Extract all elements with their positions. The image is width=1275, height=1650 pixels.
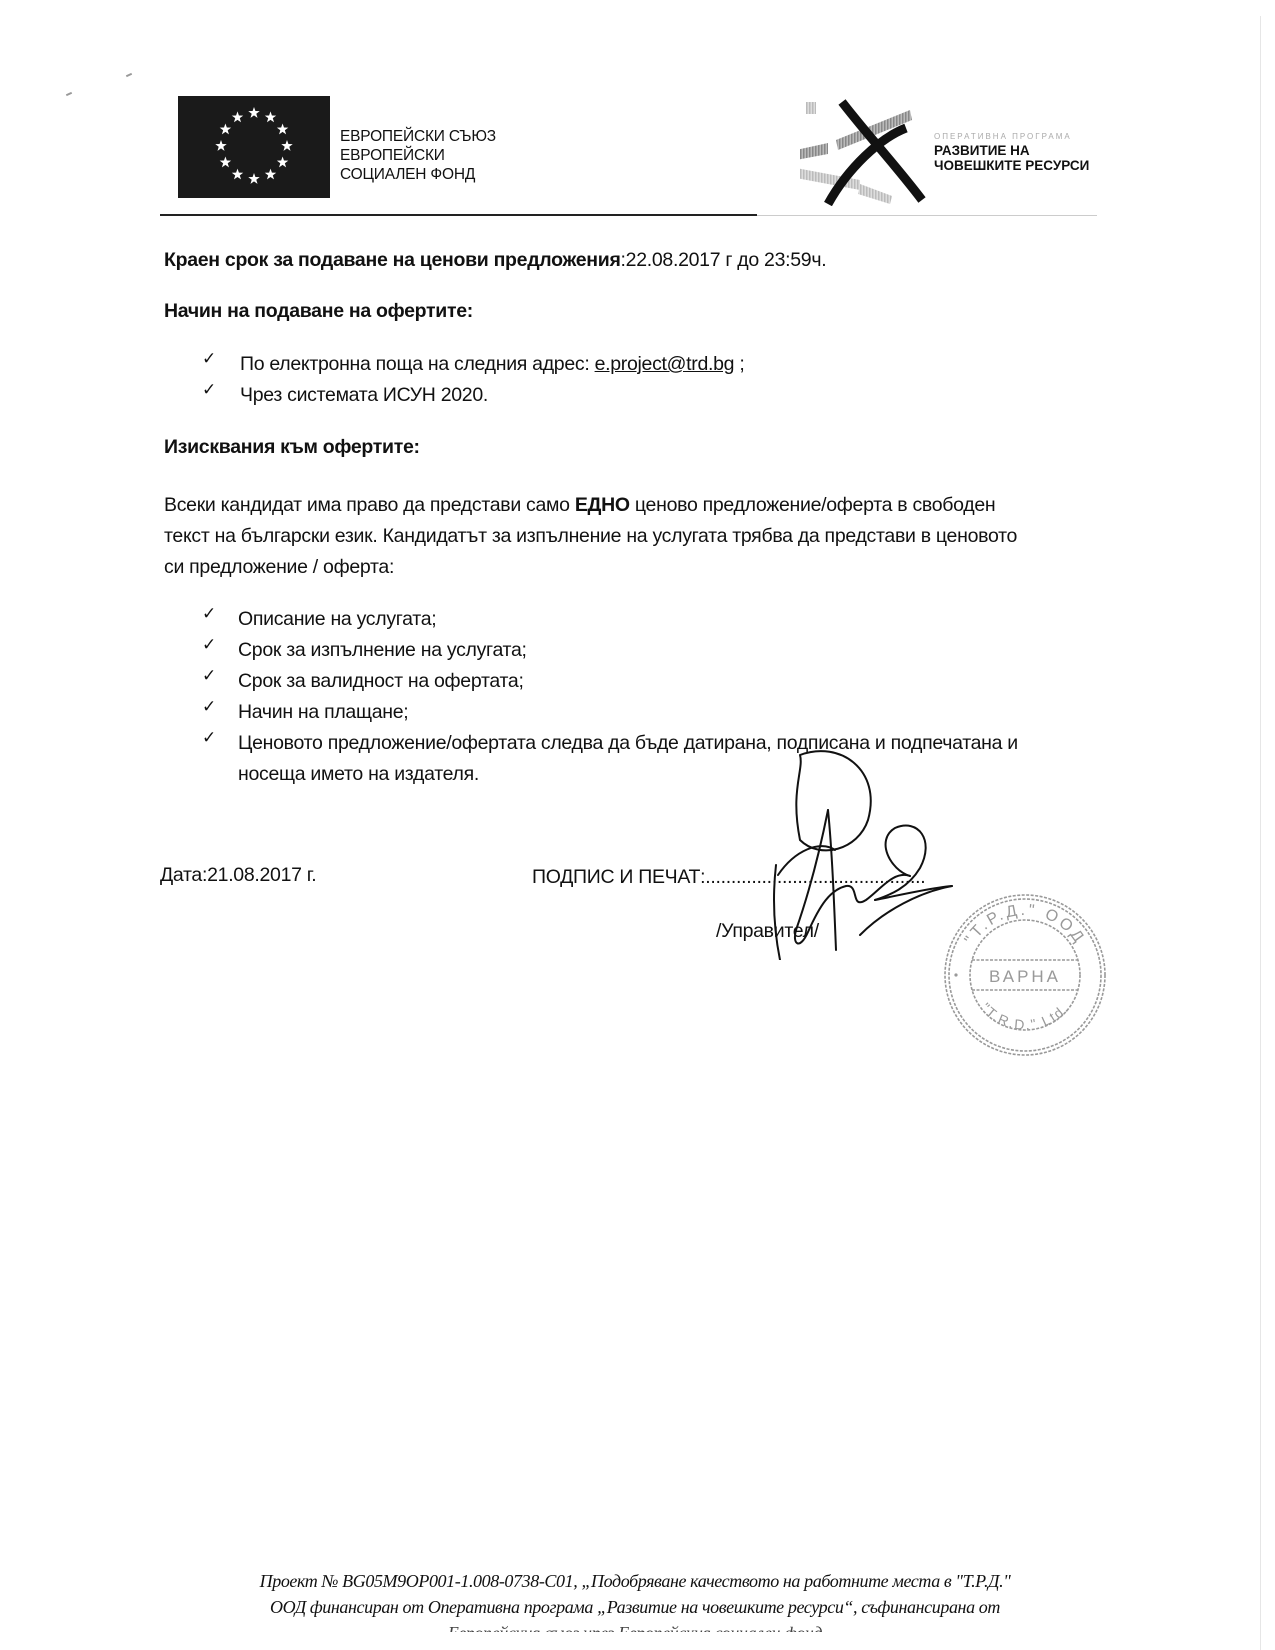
company-stamp-icon: "Т.Р.Д." ООД ВАРНА "T.R.D." Ltd. — [940, 890, 1110, 1060]
requirements-paragraph-line: Всеки кандидат има право да представи са… — [164, 494, 995, 517]
email-link[interactable]: e.project@trd.bg — [595, 353, 735, 375]
requirements-paragraph-line: си предложение / оферта: — [164, 556, 394, 579]
submission-item: По електронна поща на следния адрес: e.p… — [240, 353, 744, 376]
header-divider-light — [757, 215, 1097, 216]
project-footer: Проект № BG05M9OP001-1.008-0738-C01, „По… — [160, 1568, 1110, 1632]
stamp-bottom-text: "T.R.D." Ltd. — [978, 1000, 1072, 1033]
submission-item-text: По електронна поща на следния адрес: — [240, 353, 595, 375]
program-logo-line: РАЗВИТИЕ НА — [934, 143, 1089, 158]
eu-logo-line: ЕВРОПЕЙСКИ СЪЮЗ — [340, 127, 496, 146]
checkmark-icon: ✓ — [202, 635, 216, 655]
header-divider — [160, 214, 757, 216]
checkmark-icon: ✓ — [202, 380, 216, 400]
scan-edge-line — [1260, 16, 1261, 1650]
document-date: Дата:21.08.2017 г. — [160, 864, 316, 887]
requirement-item: Срок за валидност на офертата; — [238, 670, 524, 693]
paragraph-text: Всеки кандидат има право да представи са… — [164, 494, 575, 516]
program-logo-line: ЧОВЕШКИТЕ РЕСУРСИ — [934, 158, 1089, 173]
checkmark-icon: ✓ — [202, 697, 216, 717]
requirements-paragraph-line: текст на български език. Кандидатът за и… — [164, 525, 1017, 548]
human-resources-program-logo-icon — [800, 98, 940, 206]
requirement-item: Срок за изпълнение на услугата; — [238, 639, 527, 662]
signature-dots: ........................................… — [705, 866, 925, 888]
submission-heading: Начин на подаване на офертите: — [164, 300, 473, 323]
checkmark-icon: ✓ — [202, 728, 216, 748]
scan-speck — [126, 73, 132, 77]
eu-logo-line: СОЦИАЛЕН ФОНД — [340, 165, 496, 184]
requirement-item: Начин на плащане; — [238, 701, 408, 724]
svg-text:"T.R.D." Ltd.: "T.R.D." Ltd. — [978, 1000, 1072, 1033]
requirement-item-continuation: носеща името на издателя. — [238, 763, 479, 786]
paragraph-emphasis: ЕДНО — [575, 494, 630, 516]
signatory-role: /Управител/ — [716, 920, 819, 943]
eu-logo-line: ЕВРОПЕЙСКИ — [340, 146, 496, 165]
submission-item: Чрез системата ИСУН 2020. — [240, 384, 488, 407]
requirement-item: Ценовото предложение/офертата следва да … — [238, 732, 1018, 755]
eu-logo-text: ЕВРОПЕЙСКИ СЪЮЗ ЕВРОПЕЙСКИ СОЦИАЛЕН ФОНД — [340, 127, 496, 184]
signature-label: ПОДПИС И ПЕЧАТ: — [532, 866, 705, 888]
paragraph-text: ценово предложение/оферта в свободен — [630, 494, 996, 516]
requirements-heading: Изисквания към офертите: — [164, 436, 420, 459]
deadline-value: :22.08.2017 г до 23:59ч. — [621, 249, 827, 271]
requirement-item: Описание на услугата; — [238, 608, 436, 631]
program-logo-text: ОПЕРАТИВНА ПРОГРАМА РАЗВИТИЕ НА ЧОВЕШКИТ… — [934, 131, 1089, 173]
submission-item-suffix: ; — [734, 353, 744, 375]
checkmark-icon: ✓ — [202, 604, 216, 624]
stamp-center-text: ВАРНА — [989, 967, 1061, 986]
deadline-line: Краен срок за подаване на ценови предлож… — [164, 249, 826, 272]
deadline-label: Краен срок за подаване на ценови предлож… — [164, 249, 621, 271]
checkmark-icon: ✓ — [202, 666, 216, 686]
program-logo-caption: ОПЕРАТИВНА ПРОГРАМА — [934, 131, 1089, 143]
checkmark-icon: ✓ — [202, 349, 216, 369]
document-page: ЕВРОПЕЙСКИ СЪЮЗ ЕВРОПЕЙСКИ СОЦИАЛЕН ФОНД — [0, 0, 1275, 1650]
scan-speck — [66, 92, 72, 96]
footer-line: Проект № BG05M9OP001-1.008-0738-C01, „По… — [160, 1568, 1110, 1594]
footer-line-cut: Европейския съюз чрез Европейския социал… — [160, 1620, 1110, 1632]
eu-flag-icon — [178, 96, 330, 198]
footer-line: ООД финансиран от Оперативна програма „Р… — [160, 1594, 1110, 1620]
signature-field: ПОДПИС И ПЕЧАТ:.........................… — [532, 866, 925, 889]
